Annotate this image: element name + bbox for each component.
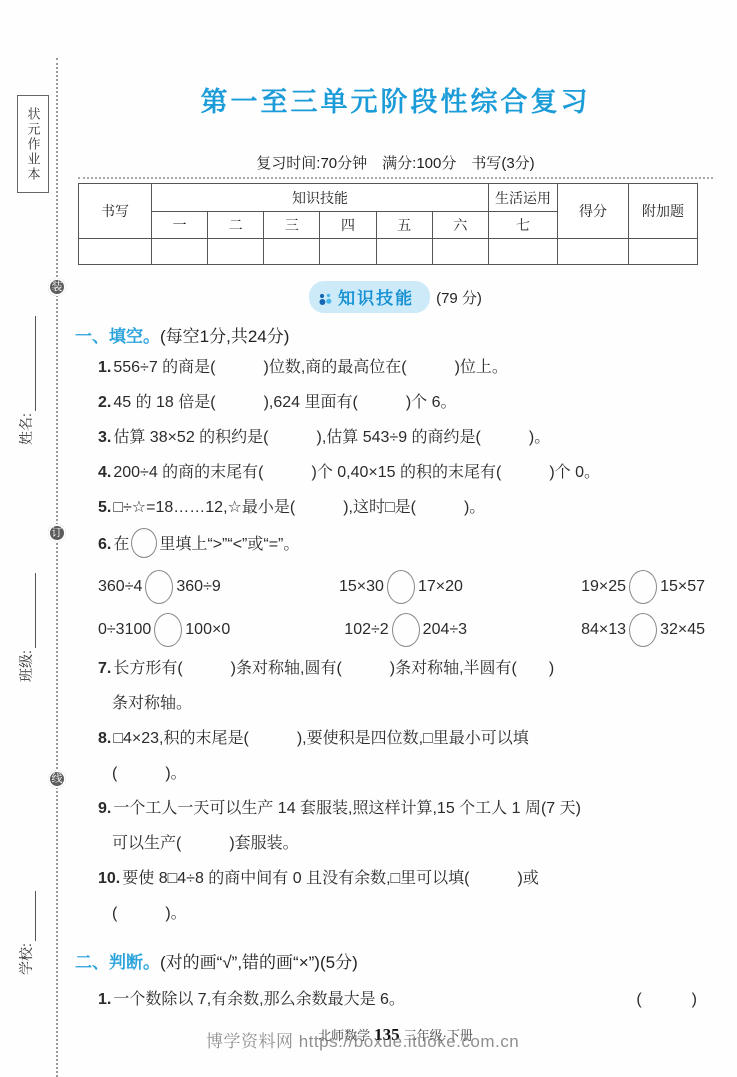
header-separator bbox=[78, 177, 713, 179]
knowledge-col-4: 四 bbox=[320, 212, 376, 239]
compare-right: 15×57 bbox=[660, 578, 705, 596]
section-1-heading: 一、填空。(每空1分,共24分) bbox=[75, 322, 289, 347]
knowledge-col-5: 五 bbox=[376, 212, 432, 239]
compare-left: 19×25 bbox=[581, 578, 626, 596]
question-text: ( )。 bbox=[112, 905, 187, 922]
class-field-label: 班级: bbox=[16, 650, 36, 682]
question-number: 8. bbox=[98, 730, 111, 747]
knowledge-col-6: 六 bbox=[432, 212, 488, 239]
compare-circle[interactable] bbox=[387, 570, 415, 604]
book-series-label: 状元作业本 bbox=[17, 95, 49, 193]
dots-icon bbox=[319, 292, 332, 306]
question-text: 一个数除以 7,有余数,那么余数最大是 6。 bbox=[113, 991, 405, 1008]
question-10-line-2: ( )。 bbox=[78, 896, 713, 931]
compare-left: 102÷2 bbox=[344, 621, 388, 639]
compare-pair: 19×2515×57 bbox=[581, 570, 705, 604]
question-number: 6. bbox=[98, 536, 111, 553]
score-cell[interactable] bbox=[208, 239, 264, 265]
score-cell[interactable] bbox=[376, 239, 432, 265]
watermark-text: 博学资料网 https://boxue.ituoke.com.cn bbox=[206, 1027, 519, 1052]
judge-question-1: 1.一个数除以 7,有余数,那么余数最大是 6。 ( ) bbox=[78, 982, 713, 1017]
question-number: 10. bbox=[98, 870, 120, 887]
compare-pair: 84×1332×45 bbox=[581, 613, 705, 647]
compare-right: 100×0 bbox=[185, 621, 230, 639]
question-6: 6.在里填上“>”“<”或“=”。 bbox=[78, 525, 713, 565]
section-1-title: 一、填空。 bbox=[75, 327, 160, 346]
fill-questions: 1.556÷7 的商是( )位数,商的最高位在( )位上。 2.45 的 18 … bbox=[78, 350, 713, 931]
binding-mark-ding: 订 bbox=[48, 524, 66, 542]
score-cell[interactable] bbox=[489, 239, 558, 265]
section-badge-row: 知识技能(79 分) bbox=[78, 281, 713, 313]
question-number: 9. bbox=[98, 800, 111, 817]
question-1: 1.556÷7 的商是( )位数,商的最高位在( )位上。 bbox=[78, 350, 713, 385]
question-number: 1. bbox=[98, 991, 111, 1008]
section-2-heading: 二、判断。(对的画“√”,错的画“×”)(5分) bbox=[75, 948, 358, 973]
question-9-line-1: 9.一个工人一天可以生产 14 套服装,照这样计算,15 个工人 1 周(7 天… bbox=[78, 791, 713, 826]
compare-pair: 0÷3100100×0 bbox=[98, 613, 230, 647]
compare-circle[interactable] bbox=[629, 570, 657, 604]
compare-left: 15×30 bbox=[339, 578, 384, 596]
score-cell[interactable] bbox=[264, 239, 320, 265]
binding-dotted-line bbox=[56, 58, 58, 1077]
binding-mark-zhuang: 装 bbox=[48, 278, 66, 296]
question-text: 200÷4 的商的末尾有( )个 0,40×15 的积的末尾有( )个 0。 bbox=[113, 464, 600, 481]
question-text: 45 的 18 倍是( ),624 里面有( )个 6。 bbox=[113, 394, 456, 411]
section-2-title: 二、判断。 bbox=[75, 953, 160, 972]
question-text: 在 bbox=[113, 536, 129, 553]
name-field-label: 姓名: bbox=[16, 413, 36, 445]
question-number: 7. bbox=[98, 660, 111, 677]
score-cell[interactable] bbox=[558, 239, 629, 265]
knowledge-col-3: 三 bbox=[264, 212, 320, 239]
compare-row-1: 360÷4360÷9 15×3017×20 19×2515×57 bbox=[78, 565, 713, 608]
question-text: 估算 38×52 的积约是( ),估算 543÷9 的商约是( )。 bbox=[113, 429, 550, 446]
compare-right: 360÷9 bbox=[176, 578, 220, 596]
school-blank-line[interactable] bbox=[19, 891, 36, 941]
score-table-life-header: 生活运用 bbox=[489, 184, 558, 212]
class-blank-line[interactable] bbox=[19, 573, 36, 648]
worksheet-page: 状元作业本 姓名: 班级: 学校: 装 订 线 第一至三单元阶段性综合复习 复习… bbox=[0, 0, 737, 1077]
score-cell[interactable] bbox=[629, 239, 698, 265]
score-cell[interactable] bbox=[432, 239, 488, 265]
question-8-line-2: ( )。 bbox=[78, 756, 713, 791]
question-5: 5.□÷☆=18……12,☆最小是( ),这时□是( )。 bbox=[78, 490, 713, 525]
score-cell[interactable] bbox=[152, 239, 208, 265]
compare-right: 204÷3 bbox=[423, 621, 467, 639]
question-8-line-1: 8.□4×23,积的末尾是( ),要使积是四位数,□里最小可以填 bbox=[78, 721, 713, 756]
compare-left: 0÷3100 bbox=[98, 621, 151, 639]
score-cell[interactable] bbox=[320, 239, 376, 265]
compare-row-2: 0÷3100100×0 102÷2204÷3 84×1332×45 bbox=[78, 608, 713, 651]
binding-mark-xian: 线 bbox=[48, 770, 66, 788]
school-field-label: 学校: bbox=[16, 943, 36, 975]
question-3: 3.估算 38×52 的积约是( ),估算 543÷9 的商约是( )。 bbox=[78, 420, 713, 455]
page-title: 第一至三单元阶段性综合复习 bbox=[78, 80, 713, 119]
compare-pair: 15×3017×20 bbox=[339, 570, 463, 604]
content-column: 第一至三单元阶段性综合复习 复习时间:70分钟 满分:100分 书写(3分) 书… bbox=[78, 0, 713, 1077]
section-1-note: (每空1分,共24分) bbox=[160, 327, 289, 346]
question-2: 2.45 的 18 倍是( ),624 里面有( )个 6。 bbox=[78, 385, 713, 420]
knowledge-col-1: 一 bbox=[152, 212, 208, 239]
question-text: □÷☆=18……12,☆最小是( ),这时□是( )。 bbox=[113, 499, 485, 516]
compare-pair: 102÷2204÷3 bbox=[344, 613, 467, 647]
school-field: 学校: bbox=[16, 891, 36, 975]
score-table: 书写 知识技能 生活运用 得分 附加题 一 二 三 四 五 六 七 bbox=[78, 183, 698, 265]
life-col-7: 七 bbox=[489, 212, 558, 239]
compare-circle[interactable] bbox=[629, 613, 657, 647]
compare-circle[interactable] bbox=[145, 570, 173, 604]
question-number: 2. bbox=[98, 394, 111, 411]
question-number: 1. bbox=[98, 359, 111, 376]
question-text: 要使 8□4÷8 的商中间有 0 且没有余数,□里可以填( )或 bbox=[122, 870, 539, 887]
question-number: 5. bbox=[98, 499, 111, 516]
question-text: 里填上“>”“<”或“=”。 bbox=[159, 536, 299, 553]
question-text: 一个工人一天可以生产 14 套服装,照这样计算,15 个工人 1 周(7 天) bbox=[113, 800, 581, 817]
question-text: 可以生产( )套服装。 bbox=[112, 835, 299, 852]
score-table-knowledge-header: 知识技能 bbox=[152, 184, 489, 212]
compare-left: 84×13 bbox=[581, 621, 626, 639]
question-text: ( )。 bbox=[112, 765, 187, 782]
badge-label: 知识技能 bbox=[338, 289, 414, 308]
score-table-score-header: 得分 bbox=[558, 184, 629, 239]
compare-circle[interactable] bbox=[131, 528, 157, 558]
compare-right: 17×20 bbox=[418, 578, 463, 596]
exam-meta: 复习时间:70分钟 满分:100分 书写(3分) bbox=[78, 152, 713, 173]
compare-right: 32×45 bbox=[660, 621, 705, 639]
question-text: 条对称轴。 bbox=[112, 695, 192, 712]
question-10-line-1: 10.要使 8□4÷8 的商中间有 0 且没有余数,□里可以填( )或 bbox=[78, 861, 713, 896]
knowledge-col-2: 二 bbox=[208, 212, 264, 239]
compare-pair: 360÷4360÷9 bbox=[98, 570, 221, 604]
question-text: 556÷7 的商是( )位数,商的最高位在( )位上。 bbox=[113, 359, 508, 376]
question-7-line-1: 7.长方形有( )条对称轴,圆有( )条对称轴,半圆有( ) bbox=[78, 651, 713, 686]
question-number: 4. bbox=[98, 464, 111, 481]
score-cell[interactable] bbox=[79, 239, 152, 265]
question-number: 3. bbox=[98, 429, 111, 446]
question-4: 4.200÷4 的商的末尾有( )个 0,40×15 的积的末尾有( )个 0。 bbox=[78, 455, 713, 490]
section-2-note: (对的画“√”,错的画“×”)(5分) bbox=[160, 953, 358, 972]
compare-circle[interactable] bbox=[154, 613, 182, 647]
badge-score: (79 分) bbox=[436, 290, 482, 307]
knowledge-skills-badge: 知识技能 bbox=[309, 281, 430, 313]
question-9-line-2: 可以生产( )套服装。 bbox=[78, 826, 713, 861]
question-text: □4×23,积的末尾是( ),要使积是四位数,□里最小可以填 bbox=[113, 730, 528, 747]
question-7-line-2: 条对称轴。 bbox=[78, 686, 713, 721]
answer-blank[interactable]: ( ) bbox=[636, 982, 703, 1017]
score-table-extra-header: 附加题 bbox=[629, 184, 698, 239]
name-field: 姓名: bbox=[16, 316, 36, 445]
score-table-writing-header: 书写 bbox=[79, 184, 152, 239]
question-text: 长方形有( )条对称轴,圆有( )条对称轴,半圆有( ) bbox=[113, 660, 554, 677]
name-blank-line[interactable] bbox=[19, 316, 36, 411]
compare-left: 360÷4 bbox=[98, 578, 142, 596]
class-field: 班级: bbox=[16, 573, 36, 682]
compare-circle[interactable] bbox=[392, 613, 420, 647]
